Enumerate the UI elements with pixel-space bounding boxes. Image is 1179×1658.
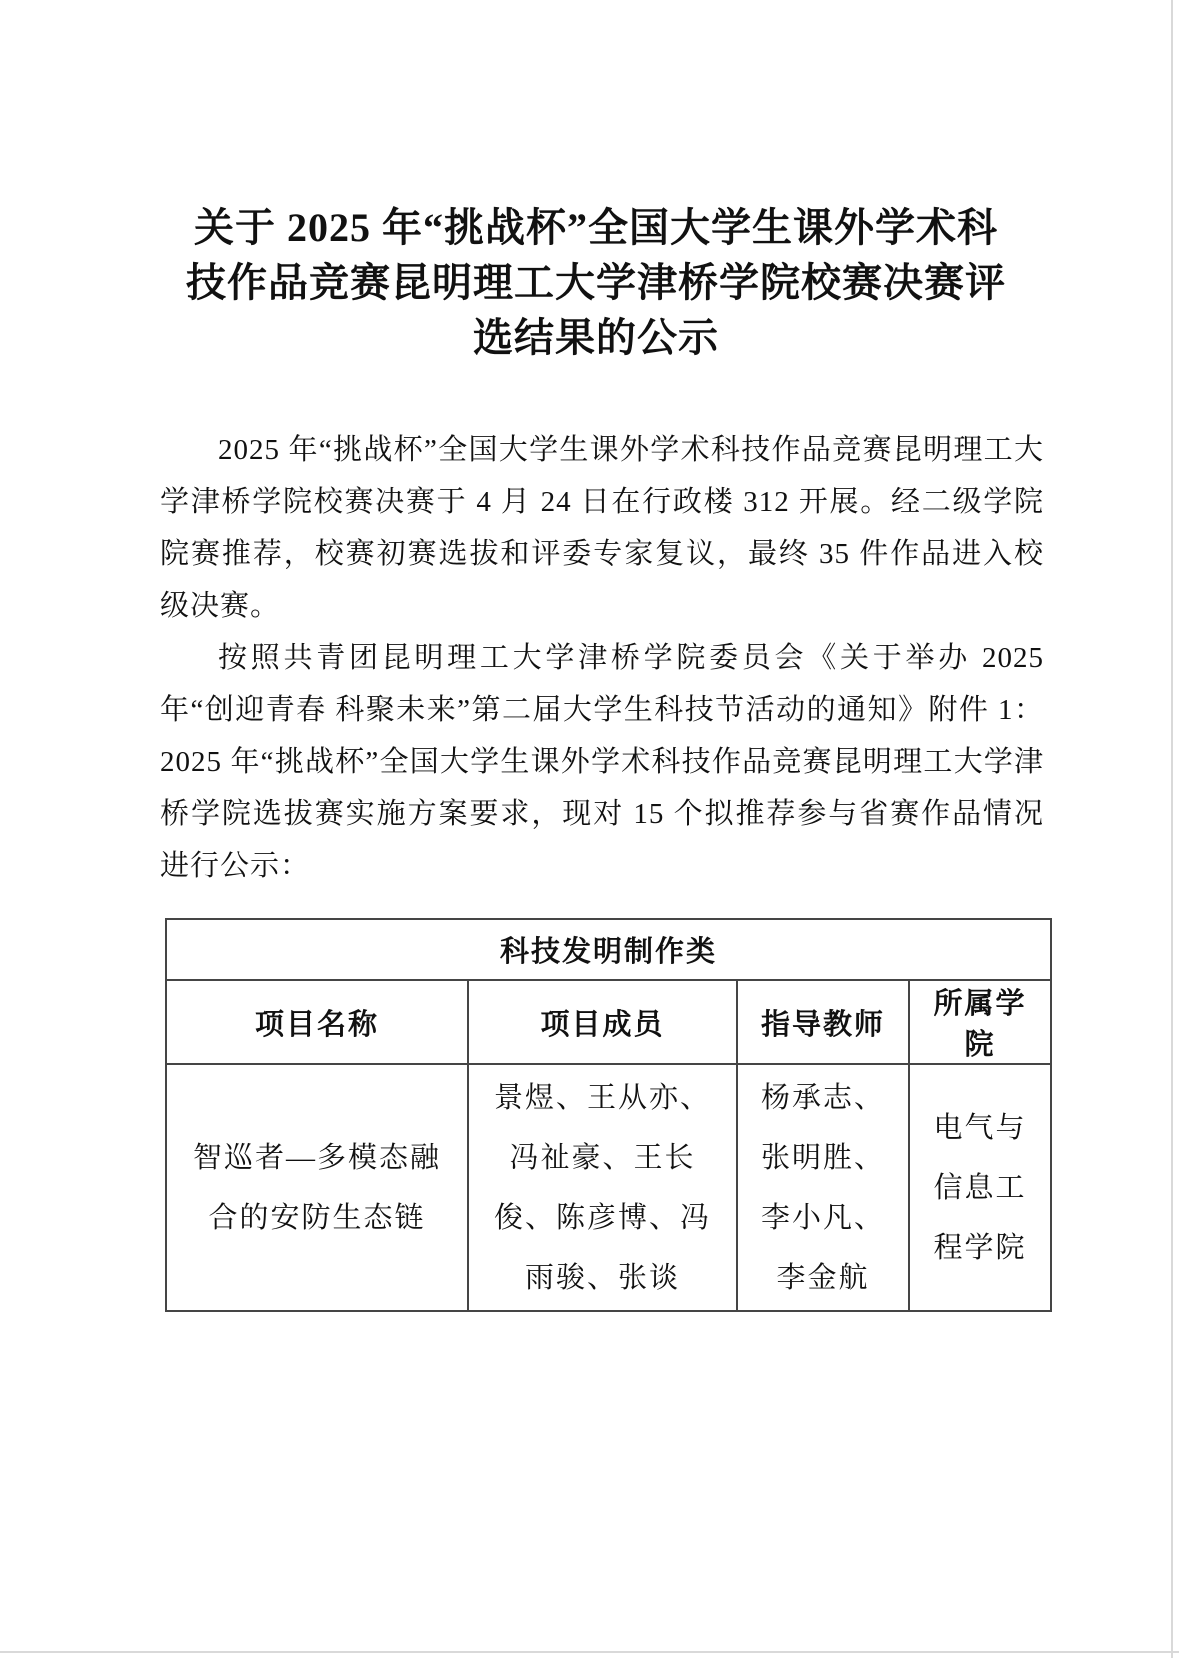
column-header-project-name: 项目名称 [166, 980, 468, 1064]
cell-members: 景煜、王从亦、冯祉豪、王长俊、陈彦博、冯雨骏、张谈 [468, 1064, 737, 1311]
page-edge-right [1171, 0, 1173, 1658]
cell-advisors: 杨承志、张明胜、李小凡、李金航 [737, 1064, 909, 1311]
paragraph-1: 2025 年“挑战杯”全国大学生课外学术科技作品竞赛昆明理工大学津桥学院校赛决赛… [160, 424, 1044, 632]
column-header-advisors: 指导教师 [737, 980, 909, 1064]
results-table: 科技发明制作类 项目名称 项目成员 指导教师 所属学院 智巡者—多模态融合的安防… [165, 918, 1052, 1312]
cell-project-name: 智巡者—多模态融合的安防生态链 [166, 1064, 468, 1311]
table-category-header: 科技发明制作类 [166, 919, 1051, 980]
column-header-college: 所属学院 [909, 980, 1051, 1064]
paragraph-2: 按照共青团昆明理工大学津桥学院委员会《关于举办 2025 年“创迎青春 科聚未来… [160, 632, 1044, 892]
table-header-row: 项目名称 项目成员 指导教师 所属学院 [166, 980, 1051, 1064]
document-title-line-2: 技作品竞赛昆明理工大学津桥学院校赛决赛评 [148, 255, 1044, 310]
cell-college: 电气与信息工程学院 [909, 1064, 1051, 1311]
document-title: 关于 2025 年“挑战杯”全国大学生课外学术科 技作品竞赛昆明理工大学津桥学院… [148, 200, 1044, 365]
page-edge-bottom [0, 1651, 1179, 1653]
document-title-line-3: 选结果的公示 [148, 310, 1044, 365]
document-title-line-1: 关于 2025 年“挑战杯”全国大学生课外学术科 [148, 200, 1044, 255]
column-header-members: 项目成员 [468, 980, 737, 1064]
document-body: 2025 年“挑战杯”全国大学生课外学术科技作品竞赛昆明理工大学津桥学院校赛决赛… [160, 424, 1044, 892]
table-category-row: 科技发明制作类 [166, 919, 1051, 980]
document-page: 关于 2025 年“挑战杯”全国大学生课外学术科 技作品竞赛昆明理工大学津桥学院… [0, 0, 1179, 1658]
table-row: 智巡者—多模态融合的安防生态链 景煜、王从亦、冯祉豪、王长俊、陈彦博、冯雨骏、张… [166, 1064, 1051, 1311]
